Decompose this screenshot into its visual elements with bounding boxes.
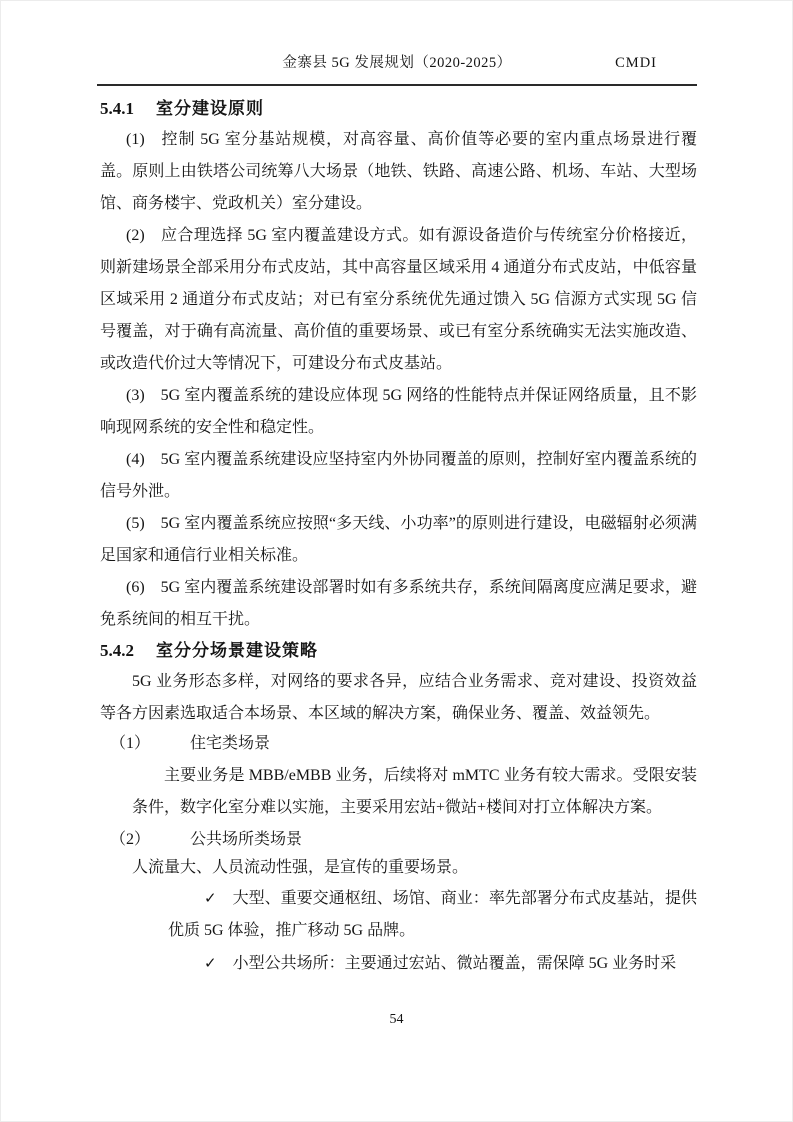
paragraph-text: 应合理选择 5G 室内覆盖建设方式。如有源设备造价与传统室分价格接近，则新建场景…: [100, 227, 697, 372]
paragraph-number: (2): [126, 227, 145, 244]
paragraph-text: 控制 5G 室分基站规模，对高容量、高价值等必要的室内重点场景进行覆盖。原则上由…: [100, 131, 697, 212]
paragraph-number: (6): [126, 579, 145, 596]
header-org-label: CMDI: [615, 55, 657, 72]
section-heading-542: 5.4.2室分分场景建设策略: [100, 636, 697, 666]
checklist-item-small-venues: ✓小型公共场所：主要通过宏站、微站覆盖，需保障 5G 业务时采: [168, 947, 697, 980]
heading-number: 5.4.1: [100, 99, 134, 118]
paragraph-text: 5G 室内覆盖系统的建设应体现 5G 网络的性能特点并保证网络质量，且不影响现网…: [100, 387, 697, 436]
check-item-text: 大型、重要交通枢纽、场馆、商业：率先部署分布式皮基站，提供优质 5G 体验，推广…: [168, 890, 697, 939]
page-footer: 54: [0, 1012, 793, 1028]
scenario-label-residential: （1）住宅类场景: [100, 730, 697, 758]
paragraph-intro: 5G 业务形态多样，对网络的要求各异，应结合业务需求、竞对建设、投资效益等各方因…: [100, 666, 697, 730]
paragraph-text: 主要业务是 MBB/eMBB 业务，后续将对 mMTC 业务有较大需求。受限安装…: [132, 767, 697, 816]
paragraph-text: 5G 室内覆盖系统建设应坚持室内外协同覆盖的原则，控制好室内覆盖系统的信号外泄。: [100, 451, 697, 500]
check-item-text: 小型公共场所：主要通过宏站、微站覆盖，需保障 5G 业务时采: [233, 955, 677, 972]
paragraph-text: 5G 业务形态多样，对网络的要求各异，应结合业务需求、竞对建设、投资效益等各方因…: [100, 673, 697, 722]
header-title: 金寨县 5G 发展规划（2020-2025）: [97, 51, 697, 72]
heading-title: 室分分场景建设策略: [156, 641, 318, 660]
document-page: 金寨县 5G 发展规划（2020-2025） CMDI 5.4.1室分建设原则 …: [0, 0, 793, 1122]
heading-title: 室分建设原则: [156, 99, 264, 118]
document-body: 5.4.1室分建设原则 (1)控制 5G 室分基站规模，对高容量、高价值等必要的…: [100, 94, 697, 980]
paragraph-number: (1): [126, 131, 145, 148]
page-number: 54: [390, 1012, 404, 1027]
paragraph-6: (6)5G 室内覆盖系统建设部署时如有多系统共存，系统间隔离度应满足要求，避免系…: [100, 572, 697, 636]
scenario-label-public: （2）公共场所类场景: [100, 826, 697, 854]
paragraph-crowd: 人流量大、人员流动性强，是宣传的重要场景。: [132, 854, 697, 882]
paragraph-text: 5G 室内覆盖系统应按照“多天线、小功率”的原则进行建设，电磁辐射必须满足国家和…: [100, 515, 697, 564]
heading-number: 5.4.2: [100, 641, 134, 660]
paragraph-number: (5): [126, 515, 145, 532]
scenario-number: （1）: [110, 735, 150, 752]
section-heading-541: 5.4.1室分建设原则: [100, 94, 697, 124]
paragraph-5: (5)5G 室内覆盖系统应按照“多天线、小功率”的原则进行建设，电磁辐射必须满足…: [100, 508, 697, 572]
scenario-title: 公共场所类场景: [190, 831, 302, 848]
paragraph-number: (4): [126, 451, 145, 468]
page-header: 金寨县 5G 发展规划（2020-2025） CMDI: [97, 0, 697, 86]
paragraph-text: 5G 室内覆盖系统建设部署时如有多系统共存，系统间隔离度应满足要求，避免系统间的…: [100, 579, 697, 628]
paragraph-number: (3): [126, 387, 145, 404]
checklist-item-large-venues: ✓大型、重要交通枢纽、场馆、商业：率先部署分布式皮基站，提供优质 5G 体验，推…: [168, 882, 697, 947]
paragraph-4: (4)5G 室内覆盖系统建设应坚持室内外协同覆盖的原则，控制好室内覆盖系统的信号…: [100, 444, 697, 508]
checkmark-icon: ✓: [204, 954, 217, 972]
paragraph-1: (1)控制 5G 室分基站规模，对高容量、高价值等必要的室内重点场景进行覆盖。原…: [100, 124, 697, 220]
paragraph-3: (3)5G 室内覆盖系统的建设应体现 5G 网络的性能特点并保证网络质量，且不影…: [100, 380, 697, 444]
paragraph-text: 人流量大、人员流动性强，是宣传的重要场景。: [132, 859, 468, 876]
scenario-number: （2）: [110, 831, 150, 848]
checkmark-icon: ✓: [204, 889, 217, 907]
paragraph-residential: 主要业务是 MBB/eMBB 业务，后续将对 mMTC 业务有较大需求。受限安装…: [132, 760, 697, 824]
paragraph-2: (2)应合理选择 5G 室内覆盖建设方式。如有源设备造价与传统室分价格接近，则新…: [100, 220, 697, 380]
scenario-title: 住宅类场景: [190, 735, 270, 752]
